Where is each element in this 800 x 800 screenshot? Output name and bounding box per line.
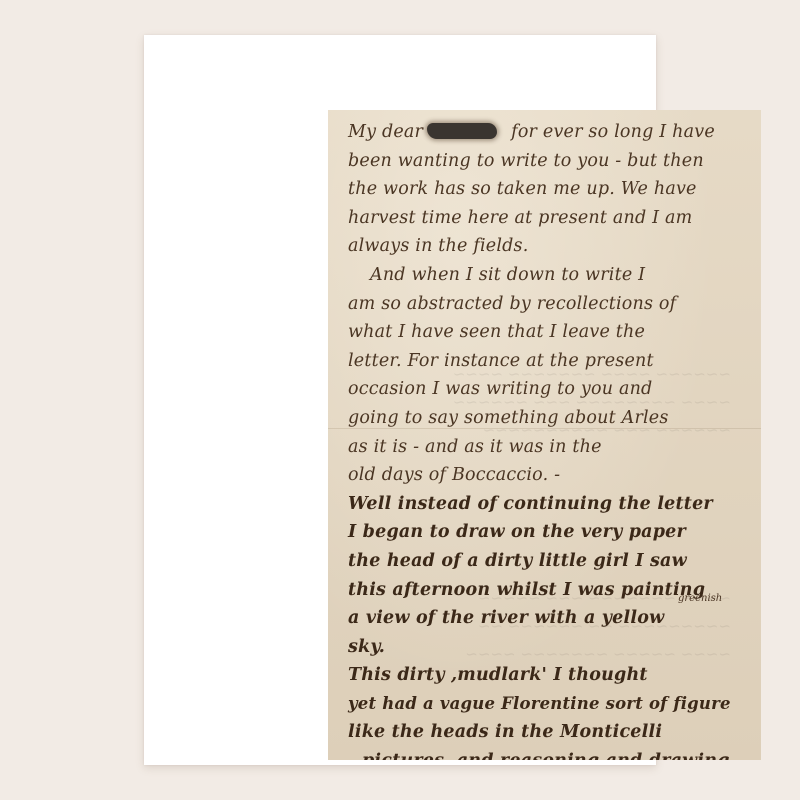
letter-line-19: sky. <box>348 633 755 662</box>
letter-line-9: letter. For instance at the present <box>348 347 755 376</box>
letter-paper: ~~~~~~ ~~~~ ~~~~~~~ ~~~~~~~~ ~~~~~~~~ ~~… <box>328 110 761 760</box>
photo-mat: ~~~~~~ ~~~~ ~~~~~~~ ~~~~~~~~ ~~~~~~~~ ~~… <box>144 35 656 765</box>
letter-line-6: And when I sit down to write I <box>348 261 755 290</box>
letter-line-10: occasion I was writing to you and <box>348 375 755 404</box>
letter-line-14: Well instead of continuing the letter <box>348 490 755 519</box>
letter-line-8: what I have seen that I leave the <box>348 318 755 347</box>
letter-line-12: as it is - and as it was in the <box>348 433 755 462</box>
letter-line-1-rest: for ever so long I have <box>511 122 715 142</box>
letter-line-1: My dearfor ever so long I have <box>348 118 755 147</box>
letter-line-13: old days of Boccaccio. - <box>348 461 755 490</box>
letter-line-18: a view of the river with a yellow <box>348 604 755 633</box>
letter-line-20: This dirty ,mudlark' I thought <box>348 661 755 690</box>
letter-line-2: been wanting to write to you - but then <box>348 147 755 176</box>
letter-line-16: the head of a dirty little girl I saw <box>348 547 755 576</box>
letter-line-11: going to say something about Arles <box>348 404 755 433</box>
salutation: My dear <box>348 122 423 142</box>
letter-line-3: the work has so taken me up. We have <box>348 175 755 204</box>
letter-line-23: pictures. and reasoning and drawing <box>348 747 755 760</box>
letter-line-22: like the heads in the Monticelli <box>348 718 755 747</box>
letter-line-5: always in the fields. <box>348 232 755 261</box>
ink-redaction-blot <box>427 123 497 139</box>
letter-line-15: I began to draw on the very paper <box>348 518 755 547</box>
letter-line-21: yet had a vague Florentine sort of figur… <box>348 690 755 719</box>
letter-line-4: harvest time here at present and I am <box>348 204 755 233</box>
handwritten-text: My dearfor ever so long I have been want… <box>348 118 755 760</box>
interlinear-insert: greenish <box>678 593 722 604</box>
letter-line-7: am so abstracted by recollections of <box>348 290 755 319</box>
